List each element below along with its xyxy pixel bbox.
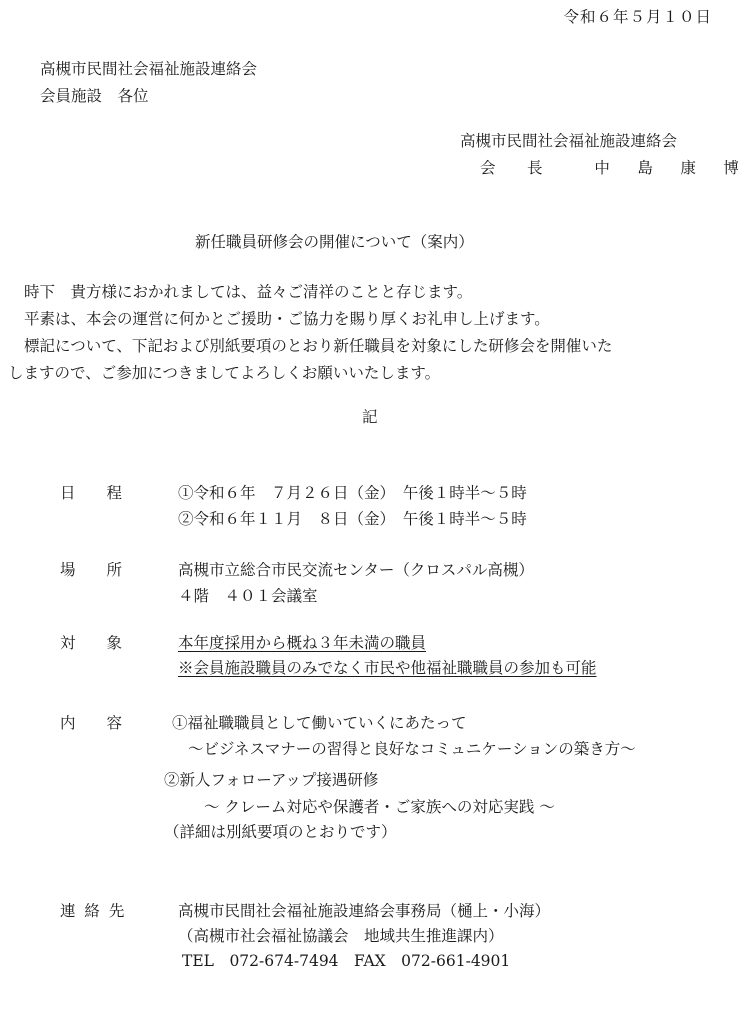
target-line-1: 本年度採用から概ね３年未満の職員 (178, 636, 426, 652)
recipient-line: 会員施設 各位 (40, 89, 149, 105)
schedule-label: 日 程 (60, 486, 122, 502)
place-label: 場 所 (60, 563, 122, 579)
body-paragraph-line: 標記について、下記および別紙要項のとおり新任職員を対象にした研修会を開催いた (24, 339, 612, 355)
place-line-1: 高槻市立総合市民交流センター（クロスパル高槻） (178, 563, 534, 579)
contact-line-1: 高槻市民間社会福祉施設連絡会事務局（樋上・小海） (178, 904, 550, 920)
target-label: 対 象 (60, 636, 122, 652)
document-date: 令和６年５月１０日 (563, 10, 712, 26)
body-paragraph-line: 平素は、本会の運営に何かとご援助・ご協力を賜り厚くお礼申し上げます。 (24, 312, 550, 328)
content-line-5: （詳細は別紙要項のとおりです） (164, 825, 397, 841)
ki-heading: 記 (362, 410, 378, 426)
sender-name: 中 島 康 博 (594, 161, 744, 177)
content-label: 内 容 (60, 716, 122, 732)
content-line-2: ～ビジネスマナーの習得と良好なコミュニケーションの築き方～ (188, 742, 636, 758)
recipient-organization: 高槻市民間社会福祉施設連絡会 (40, 62, 257, 78)
body-paragraph-line: 時下 貴方様におかれましては、益々ご清祥のことと存じます。 (24, 285, 472, 301)
contact-line-2: （高槻市社会福祉協議会 地域共生推進課内） (178, 929, 504, 945)
sender-organization: 高槻市民間社会福祉施設連絡会 (460, 134, 677, 150)
sender-signature: 会 長 中 島 康 博 (480, 161, 744, 177)
content-line-3: ②新人フォローアップ接遇研修 (164, 773, 378, 789)
document-title: 新任職員研修会の開催について（案内） (195, 235, 474, 251)
content-line-1: ①福祉職職員として働いていくにあたって (172, 716, 467, 732)
schedule-line-2: ②令和６年１１月 ８日（金） 午後１時半～５時 (178, 512, 527, 528)
contact-phone-fax: TEL 072-674-7494 FAX 072-661-4901 (182, 954, 510, 970)
sender-title: 会 長 (480, 161, 551, 177)
target-line-2: ※会員施設職員のみでなく市民や他福祉職職員の参加も可能 (178, 661, 597, 677)
content-line-4: ～ クレーム対応や保護者・ご家族への対応実践 ～ (204, 800, 555, 816)
body-paragraph-line: しますので、ご参加につきましてよろしくお願いいたします。 (8, 366, 440, 382)
contact-label: 連 絡 先 (60, 904, 126, 920)
schedule-line-1: ①令和６年 ７月２６日（金） 午後１時半～５時 (178, 486, 527, 502)
place-line-2: ４階 ４０１会議室 (178, 589, 318, 605)
